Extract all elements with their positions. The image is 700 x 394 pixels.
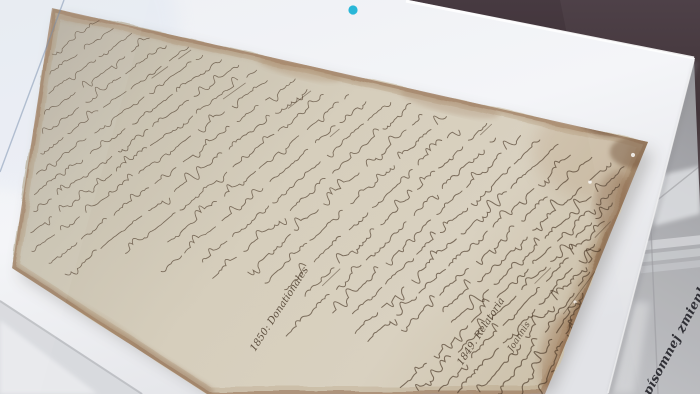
cyan-dot-sticker: [348, 5, 357, 14]
scene-canvas: 1850: Donationales 1849. Relatoria Joann…: [0, 0, 700, 394]
exhibit-photo: 1850: Donationales 1849. Relatoria Joann…: [0, 0, 700, 394]
